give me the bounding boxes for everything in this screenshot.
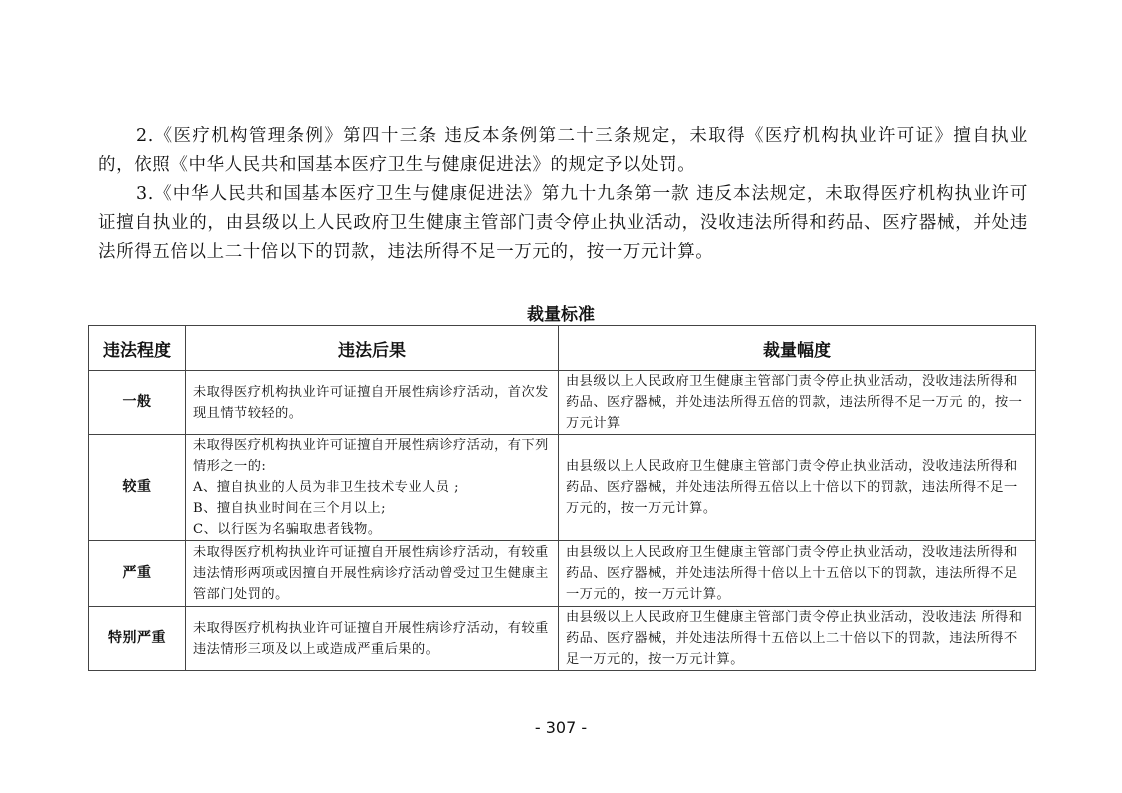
paragraph-article-2: 2.《医疗机构管理条例》第四十三条 违反本条例第二十三条规定，未取得《医疗机构执… [98, 122, 1028, 180]
consequence-cell: 未取得医疗机构执业许可证擅自开展性病诊疗活动，首次发现且情节较轻的。 [186, 371, 559, 435]
table-row: 严重 未取得医疗机构执业许可证擅自开展性病诊疗活动，有较重违法情形两项或因擅自开… [89, 541, 1036, 607]
consequence-intro: 未取得医疗机构执业许可证擅自开展性病诊疗活动，有下列情形之一的: [193, 435, 552, 477]
penalty-cell: 由县级以上人民政府卫生健康主管部门责令停止执业活动，没收违法所得和药品、医疗器械… [559, 435, 1036, 541]
consequence-item-a: A、擅自执业的人员为非卫生技术专业人员 ; [193, 477, 552, 498]
level-cell: 严重 [89, 541, 186, 607]
level-cell: 一般 [89, 371, 186, 435]
table-row: 特别严重 未取得医疗机构执业许可证擅自开展性病诊疗活动，有较重违法情形三项及以上… [89, 607, 1036, 671]
consequence-cell: 未取得医疗机构执业许可证擅自开展性病诊疗活动，有较重违法情形两项或因擅自开展性病… [186, 541, 559, 607]
header-penalty-range: 裁量幅度 [559, 326, 1036, 371]
header-violation-degree: 违法程度 [89, 326, 186, 371]
table-title: 裁量标准 [0, 300, 1122, 325]
discretion-standard-table: 违法程度 违法后果 裁量幅度 一般 未取得医疗机构执业许可证擅自开展性病诊疗活动… [88, 325, 1036, 671]
penalty-cell: 由县级以上人民政府卫生健康主管部门责令停止执业活动，没收违法所得和药品、医疗器械… [559, 371, 1036, 435]
level-cell: 特别严重 [89, 607, 186, 671]
penalty-cell: 由县级以上人民政府卫生健康主管部门责令停止执业活动，没收违法 所得和药品、医疗器… [559, 607, 1036, 671]
page-number: - 307 - [0, 718, 1122, 737]
penalty-cell: 由县级以上人民政府卫生健康主管部门责令停止执业活动，没收违法所得和药品、医疗器械… [559, 541, 1036, 607]
table-header-row: 违法程度 违法后果 裁量幅度 [89, 326, 1036, 371]
consequence-cell: 未取得医疗机构执业许可证擅自开展性病诊疗活动，有较重违法情形三项及以上或造成严重… [186, 607, 559, 671]
header-violation-consequence: 违法后果 [186, 326, 559, 371]
table-row: 一般 未取得医疗机构执业许可证擅自开展性病诊疗活动，首次发现且情节较轻的。 由县… [89, 371, 1036, 435]
level-cell: 较重 [89, 435, 186, 541]
consequence-cell: 未取得医疗机构执业许可证擅自开展性病诊疗活动，有下列情形之一的: A、擅自执业的… [186, 435, 559, 541]
consequence-item-c: C、以行医为名骗取患者钱物。 [193, 519, 552, 540]
table-row: 较重 未取得医疗机构执业许可证擅自开展性病诊疗活动，有下列情形之一的: A、擅自… [89, 435, 1036, 541]
paragraph-article-3: 3.《中华人民共和国基本医疗卫生与健康促进法》第九十九条第一款 违反本法规定，未… [98, 180, 1028, 267]
consequence-item-b: B、擅自执业时间在三个月以上; [193, 498, 552, 519]
